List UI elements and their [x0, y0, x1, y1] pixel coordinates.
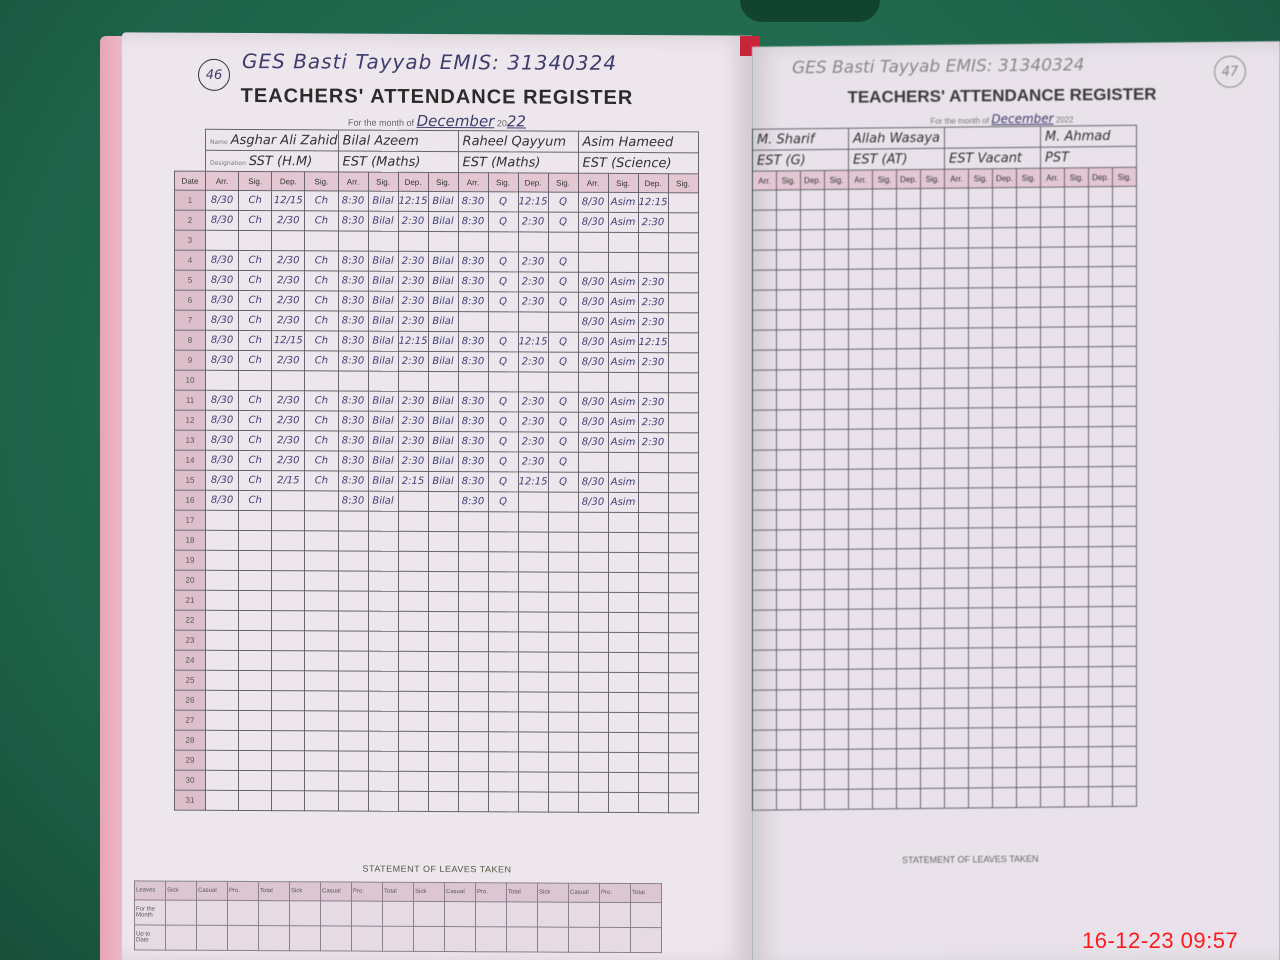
attendance-cell: [1041, 747, 1065, 767]
leaves-header: Pro.: [600, 883, 631, 902]
attendance-cell: [945, 288, 969, 308]
attendance-cell: [753, 490, 777, 510]
attendance-cell: 2/30: [272, 411, 305, 431]
attendance-cell: 8/30: [206, 210, 239, 230]
attendance-cell: [801, 610, 825, 630]
table-row: [753, 786, 1137, 810]
attendance-cell: [458, 752, 488, 772]
attendance-cell: [206, 730, 239, 750]
attendance-cell: 2:30: [638, 413, 668, 433]
table-row: 17: [175, 510, 699, 533]
attendance-cell: [668, 613, 698, 633]
attendance-cell: 12:15: [398, 331, 428, 351]
attendance-cell: [668, 293, 698, 313]
table-row: 28: [175, 730, 699, 753]
attendance-cell: [897, 589, 921, 609]
date-cell: 21: [175, 590, 206, 610]
attendance-cell: [338, 611, 368, 631]
attendance-cell: Q: [548, 272, 578, 292]
attendance-cell: [1041, 327, 1065, 347]
attendance-cell: [897, 469, 921, 489]
attendance-cell: [801, 750, 825, 770]
attendance-cell: [398, 731, 428, 751]
attendance-cell: [969, 208, 993, 228]
attendance-cell: [578, 632, 608, 652]
attendance-cell: [458, 512, 488, 532]
attendance-cell: [272, 531, 305, 551]
attendance-cell: [897, 369, 921, 389]
attendance-cell: [873, 669, 897, 689]
leaves-header: Total: [383, 882, 414, 901]
attendance-cell: Ch: [239, 430, 272, 450]
attendance-cell: [338, 631, 368, 651]
leaves-cell: [383, 901, 414, 926]
attendance-cell: 2/30: [272, 291, 305, 311]
table-row: 19: [175, 550, 699, 573]
leaves-cell: [321, 901, 352, 926]
attendance-cell: Q: [488, 292, 518, 312]
attendance-cell: [873, 729, 897, 749]
attendance-cell: [753, 510, 777, 530]
attendance-cell: [398, 491, 428, 511]
attendance-cell: [305, 551, 338, 571]
attendance-cell: [239, 650, 272, 670]
column-header: Dep.: [638, 174, 668, 193]
attendance-cell: [897, 729, 921, 749]
attendance-cell: [969, 648, 993, 668]
attendance-cell: [338, 771, 368, 791]
attendance-cell: Q: [488, 192, 518, 212]
attendance-cell: [578, 252, 608, 272]
attendance-cell: [239, 710, 272, 730]
attendance-cell: [993, 487, 1017, 507]
column-header: Date: [175, 171, 206, 190]
attendance-cell: Ch: [239, 330, 272, 350]
attendance-cell: [1113, 326, 1137, 346]
date-cell: 31: [175, 790, 206, 810]
attendance-cell: [993, 587, 1017, 607]
attendance-cell: [458, 532, 488, 552]
attendance-cell: [239, 770, 272, 790]
attendance-cell: 2/30: [272, 211, 305, 231]
attendance-cell: [921, 348, 945, 368]
attendance-cell: [873, 489, 897, 509]
attendance-cell: [1113, 566, 1137, 586]
leaves-header: Sick: [414, 882, 445, 901]
attendance-cell: 8:30: [338, 211, 368, 231]
leaves-cell: [476, 902, 507, 927]
attendance-cell: 2:30: [398, 451, 428, 471]
attendance-cell: [801, 490, 825, 510]
attendance-cell: [518, 692, 548, 712]
attendance-cell: [849, 769, 873, 789]
attendance-cell: Bilal: [368, 351, 398, 371]
attendance-cell: [1113, 626, 1137, 646]
attendance-cell: [272, 491, 305, 511]
attendance-cell: [488, 612, 518, 632]
date-cell: 15: [175, 470, 206, 490]
attendance-cell: Bilal: [428, 311, 458, 331]
month-value: December: [417, 112, 495, 130]
attendance-cell: [969, 628, 993, 648]
table-row: 10: [175, 370, 699, 393]
attendance-cell: [777, 270, 801, 290]
attendance-cell: 12:15: [518, 472, 548, 492]
attendance-cell: [921, 288, 945, 308]
attendance-cell: [305, 671, 338, 691]
attendance-cell: Q: [488, 492, 518, 512]
attendance-cell: [578, 652, 608, 672]
attendance-cell: [518, 232, 548, 252]
attendance-cell: [993, 447, 1017, 467]
leaves-cell: [538, 927, 569, 952]
attendance-cell: [638, 793, 668, 813]
attendance-cell: [239, 590, 272, 610]
attendance-cell: [518, 612, 548, 632]
attendance-cell: [897, 309, 921, 329]
attendance-cell: Ch: [239, 210, 272, 230]
attendance-cell: [668, 393, 698, 413]
attendance-cell: [1113, 706, 1137, 726]
attendance-cell: [1017, 207, 1041, 227]
attendance-cell: [1113, 746, 1137, 766]
leaves-header: Total: [507, 883, 538, 902]
attendance-cell: [272, 511, 305, 531]
leaves-cell: [445, 927, 476, 952]
attendance-cell: [1065, 327, 1089, 347]
attendance-cell: [825, 409, 849, 429]
attendance-cell: [825, 229, 849, 249]
attendance-cell: [945, 608, 969, 628]
attendance-cell: [1113, 426, 1137, 446]
attendance-cell: 2:30: [398, 431, 428, 451]
attendance-cell: Asim: [608, 432, 638, 452]
attendance-cell: [608, 452, 638, 472]
attendance-cell: 8/30: [206, 450, 239, 470]
attendance-cell: [206, 610, 239, 630]
attendance-cell: 2:30: [398, 291, 428, 311]
attendance-cell: [825, 729, 849, 749]
attendance-cell: 8/30: [578, 292, 608, 312]
attendance-cell: [1065, 567, 1089, 587]
attendance-cell: [608, 692, 638, 712]
school-name-line: GES Basti Tayyab EMIS: 31340324: [792, 55, 1084, 78]
attendance-cell: [1017, 667, 1041, 687]
teacher-name-row: NameAsghar Ali Zahid Bilal Azeem Raheel …: [175, 129, 699, 153]
attendance-cell: Asim: [608, 292, 638, 312]
attendance-cell: [638, 493, 668, 513]
attendance-cell: [1089, 426, 1113, 446]
attendance-cell: [777, 410, 801, 430]
attendance-cell: [921, 668, 945, 688]
attendance-cell: 2:30: [518, 412, 548, 432]
teacher-designation: EST (Maths): [338, 151, 458, 173]
attendance-cell: [993, 567, 1017, 587]
attendance-cell: [608, 372, 638, 392]
attendance-cell: [897, 229, 921, 249]
attendance-cell: [578, 452, 608, 472]
attendance-cell: [849, 669, 873, 689]
leaves-header: Sick: [290, 882, 321, 901]
attendance-cell: [1113, 766, 1137, 786]
attendance-cell: [272, 551, 305, 571]
attendance-cell: [638, 593, 668, 613]
attendance-cell: Bilal: [368, 471, 398, 491]
attendance-cell: [1089, 766, 1113, 786]
attendance-cell: [921, 588, 945, 608]
attendance-cell: [753, 190, 777, 210]
attendance-cell: Ch: [305, 391, 338, 411]
attendance-cell: Bilal: [368, 331, 398, 351]
attendance-cell: [668, 473, 698, 493]
attendance-cell: [518, 512, 548, 532]
attendance-cell: [638, 733, 668, 753]
attendance-cell: [488, 692, 518, 712]
attendance-grid: NameAsghar Ali Zahid Bilal Azeem Raheel …: [174, 129, 699, 814]
attendance-cell: [338, 371, 368, 391]
attendance-cell: [239, 370, 272, 390]
attendance-cell: Asim: [608, 272, 638, 292]
attendance-cell: [945, 448, 969, 468]
attendance-cell: [921, 408, 945, 428]
attendance-cell: [668, 773, 698, 793]
attendance-cell: 8/30: [578, 432, 608, 452]
column-header: Dep.: [398, 172, 428, 191]
attendance-cell: [921, 628, 945, 648]
attendance-cell: [578, 612, 608, 632]
attendance-cell: [921, 528, 945, 548]
attendance-cell: [428, 651, 458, 671]
attendance-cell: [1017, 627, 1041, 647]
attendance-cell: 2:30: [398, 411, 428, 431]
attendance-cell: [897, 429, 921, 449]
attendance-cell: [921, 488, 945, 508]
attendance-cell: [897, 709, 921, 729]
attendance-cell: [1089, 526, 1113, 546]
attendance-cell: [1041, 367, 1065, 387]
attendance-cell: [458, 632, 488, 652]
attendance-cell: 8/30: [578, 312, 608, 332]
attendance-cell: [398, 631, 428, 651]
attendance-cell: 8:30: [458, 292, 488, 312]
attendance-cell: [849, 249, 873, 269]
attendance-cell: [638, 673, 668, 693]
attendance-cell: 8:30: [458, 192, 488, 212]
attendance-cell: [338, 531, 368, 551]
attendance-cell: [398, 751, 428, 771]
attendance-cell: [578, 512, 608, 532]
column-header: Sig.: [1065, 168, 1089, 187]
attendance-cell: [1017, 387, 1041, 407]
attendance-cell: [338, 691, 368, 711]
attendance-cell: [753, 230, 777, 250]
attendance-cell: [969, 308, 993, 328]
attendance-cell: [458, 572, 488, 592]
attendance-cell: [1041, 727, 1065, 747]
attendance-cell: [206, 590, 239, 610]
attendance-cell: [921, 268, 945, 288]
attendance-cell: 8:30: [458, 452, 488, 472]
attendance-cell: 2/30: [272, 271, 305, 291]
attendance-cell: [969, 468, 993, 488]
attendance-cell: [969, 368, 993, 388]
column-header: Dep.: [897, 170, 921, 189]
attendance-cell: [1089, 746, 1113, 766]
left-page: 46 GES Basti Tayyab EMIS: 31340324 TEACH…: [122, 32, 752, 960]
attendance-cell: [608, 792, 638, 812]
attendance-cell: [993, 727, 1017, 747]
attendance-cell: [753, 750, 777, 770]
teacher-name: Asim Hameed: [578, 131, 698, 153]
attendance-cell: [825, 489, 849, 509]
attendance-cell: [1089, 406, 1113, 426]
attendance-cell: [1113, 526, 1137, 546]
attendance-cell: [305, 531, 338, 551]
attendance-cell: [338, 751, 368, 771]
attendance-cell: [993, 547, 1017, 567]
attendance-cell: [753, 590, 777, 610]
table-row: 20: [175, 570, 699, 593]
attendance-cell: [993, 187, 1017, 207]
attendance-cell: [993, 507, 1017, 527]
attendance-cell: [608, 552, 638, 572]
attendance-cell: [638, 713, 668, 733]
attendance-cell: [753, 770, 777, 790]
teacher-name: M. Ahmad: [1041, 125, 1137, 147]
attendance-cell: [753, 290, 777, 310]
attendance-cell: Bilal: [428, 211, 458, 231]
attendance-cell: [825, 509, 849, 529]
attendance-cell: [873, 189, 897, 209]
attendance-cell: [1113, 646, 1137, 666]
attendance-cell: [945, 748, 969, 768]
attendance-cell: 8:30: [338, 191, 368, 211]
attendance-cell: [1113, 346, 1137, 366]
attendance-cell: [753, 650, 777, 670]
attendance-cell: [825, 689, 849, 709]
attendance-cell: [753, 570, 777, 590]
attendance-cell: [578, 732, 608, 752]
attendance-cell: [801, 590, 825, 610]
table-row: 48/30Ch2/30Ch8:30Bilal2:30Bilal8:30Q2:30…: [175, 250, 699, 273]
date-cell: 6: [175, 290, 206, 310]
attendance-cell: [638, 373, 668, 393]
attendance-cell: [368, 791, 398, 811]
attendance-cell: [428, 691, 458, 711]
attendance-cell: [488, 232, 518, 252]
attendance-cell: [921, 748, 945, 768]
attendance-cell: Bilal: [368, 251, 398, 271]
attendance-cell: [873, 269, 897, 289]
attendance-cell: [488, 632, 518, 652]
attendance-cell: [1089, 546, 1113, 566]
attendance-cell: [305, 711, 338, 731]
attendance-cell: [518, 632, 548, 652]
attendance-cell: Asim: [608, 312, 638, 332]
attendance-cell: [777, 610, 801, 630]
attendance-cell: [993, 427, 1017, 447]
attendance-cell: 8/30: [206, 430, 239, 450]
leaves-cell: [321, 926, 352, 951]
table-row: 26: [175, 690, 699, 713]
attendance-cell: [945, 268, 969, 288]
attendance-cell: [1041, 707, 1065, 727]
attendance-cell: [488, 732, 518, 752]
attendance-cell: [897, 289, 921, 309]
attendance-cell: [897, 789, 921, 809]
attendance-cell: [777, 190, 801, 210]
table-row: 168/30Ch8:30Bilal8:30Q8/30Asim: [175, 490, 699, 513]
attendance-cell: [305, 651, 338, 671]
attendance-cell: [873, 769, 897, 789]
attendance-cell: [608, 532, 638, 552]
attendance-cell: [1041, 667, 1065, 687]
attendance-cell: [777, 790, 801, 810]
attendance-cell: [1065, 227, 1089, 247]
attendance-cell: [578, 672, 608, 692]
attendance-cell: [668, 533, 698, 553]
date-cell: 17: [175, 510, 206, 530]
attendance-cell: [1017, 567, 1041, 587]
attendance-cell: 2:30: [638, 313, 668, 333]
attendance-cell: [1041, 607, 1065, 627]
attendance-cell: [638, 753, 668, 773]
attendance-cell: [777, 490, 801, 510]
attendance-cell: 12:15: [518, 332, 548, 352]
attendance-cell: 2:30: [398, 211, 428, 231]
attendance-cell: [1041, 647, 1065, 667]
attendance-cell: [1089, 186, 1113, 206]
column-header: Sig.: [825, 170, 849, 189]
attendance-cell: Q: [488, 452, 518, 472]
attendance-cell: [458, 372, 488, 392]
attendance-cell: [825, 289, 849, 309]
attendance-cell: [1089, 666, 1113, 686]
attendance-cell: [801, 390, 825, 410]
attendance-cell: [272, 611, 305, 631]
attendance-cell: [969, 788, 993, 808]
attendance-cell: [239, 670, 272, 690]
attendance-cell: Ch: [305, 331, 338, 351]
attendance-cell: [458, 792, 488, 812]
leaves-header: Total: [259, 882, 290, 901]
date-cell: 20: [175, 570, 206, 590]
attendance-cell: [638, 513, 668, 533]
attendance-cell: Bilal: [368, 211, 398, 231]
attendance-cell: [849, 449, 873, 469]
attendance-cell: [945, 708, 969, 728]
attendance-cell: [1041, 547, 1065, 567]
attendance-cell: 8/30: [578, 472, 608, 492]
table-row: 24: [175, 650, 699, 673]
attendance-cell: [897, 389, 921, 409]
attendance-cell: [368, 571, 398, 591]
attendance-cell: Bilal: [368, 451, 398, 471]
attendance-cell: [945, 728, 969, 748]
attendance-cell: [548, 632, 578, 652]
attendance-cell: [578, 532, 608, 552]
attendance-cell: [1089, 226, 1113, 246]
attendance-cell: 2:30: [638, 213, 668, 233]
attendance-cell: [849, 729, 873, 749]
attendance-cell: [1041, 627, 1065, 647]
attendance-cell: Bilal: [428, 471, 458, 491]
attendance-cell: [608, 632, 638, 652]
attendance-cell: 8:30: [458, 432, 488, 452]
attendance-cell: [897, 689, 921, 709]
attendance-cell: [398, 651, 428, 671]
attendance-cell: [305, 591, 338, 611]
